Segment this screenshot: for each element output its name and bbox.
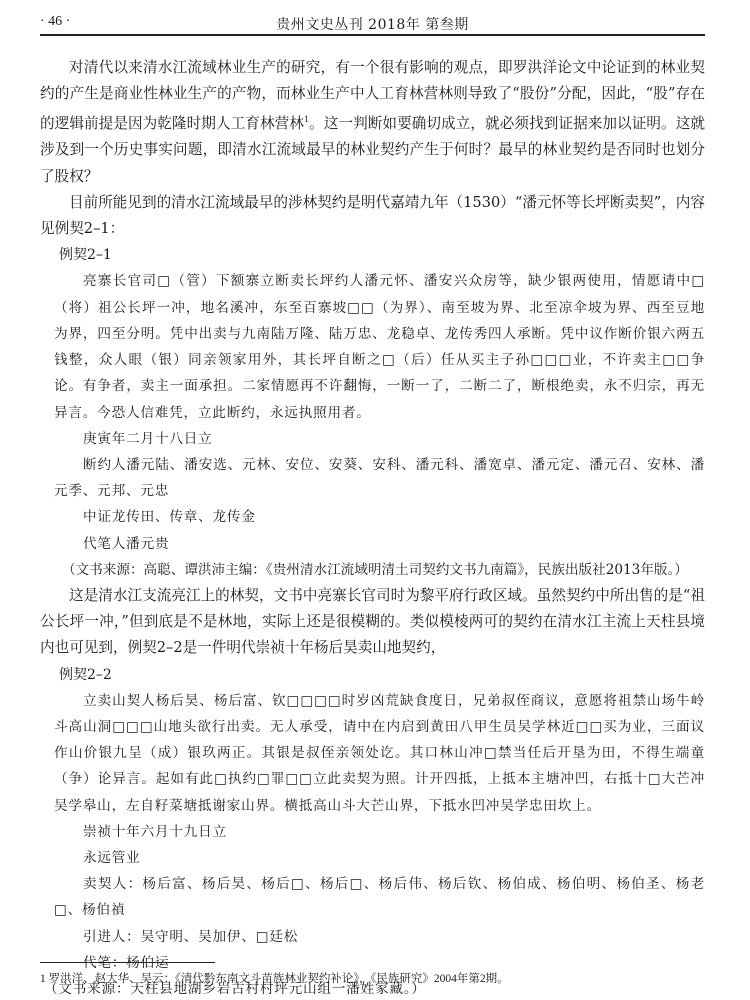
contract-sellers: 卖契人：杨后富、杨后昊、杨后□、杨后□、杨后伟、杨后钦、杨伯成、杨伯明、杨伯圣、… [40, 871, 705, 923]
contract-introducers: 引进人：吴守明、吴加伊、□廷松 [40, 924, 705, 950]
contract-note: 永远管业 [40, 845, 705, 871]
example-label: 例契2–1 [40, 242, 705, 268]
contract-source: （文书来源：高聪、谭洪沛主编：《贵州清水江流域明清土司契约文书九南篇》，民族出版… [40, 557, 705, 583]
contract-example-2: 立卖山契人杨后昊、杨后富、钦□□□□时岁凶荒缺食度日，兄弟叔侄商议，意愿将祖禁山… [40, 688, 705, 1000]
example-label: 例契2–2 [40, 662, 705, 688]
contract-example-1: 亮寨长官司□（管）下额寨立断卖长坪约人潘元怀、潘安兴众房等，缺少银两使用，情愿请… [40, 268, 705, 582]
contract-body: 立卖山契人杨后昊、杨后富、钦□□□□时岁凶荒缺食度日，兄弟叔侄商议，意愿将祖禁山… [40, 688, 705, 819]
article-body: 对清代以来清水江流域林业生产的研究，有一个很有影响的观点，即罗洪洋论文中论证到的… [40, 55, 705, 1000]
header-rule [40, 34, 705, 36]
footnote-rule [40, 962, 215, 963]
contract-witness: 中证龙传田、传章、龙传金 [40, 504, 705, 530]
contract-scribe: 代笔人潘元贵 [40, 531, 705, 557]
contract-sellers: 断约人潘元陆、潘安选、元林、安位、安葵、安科、潘元科、潘宽卓、潘元定、潘元召、安… [40, 452, 705, 504]
contract-date: 崇祯十年六月十九日立 [40, 819, 705, 845]
paragraph: 这是清水江支流亮江上的林契，文书中亮寨长官司时为黎平府行政区域。虽然契约中所出售… [40, 583, 705, 662]
contract-body: 亮寨长官司□（管）下额寨立断卖长坪约人潘元怀、潘安兴众房等，缺少银两使用，情愿请… [40, 268, 705, 425]
paragraph: 目前所能见到的清水江流域最早的涉林契约是明代嘉靖九年（1530）“潘元怀等长坪断… [40, 190, 705, 242]
paragraph: 对清代以来清水江流域林业生产的研究，有一个很有影响的观点，即罗洪洋论文中论证到的… [40, 55, 705, 190]
journal-title: 贵州文史丛刊 2018年 第叁期 [40, 14, 705, 34]
contract-date: 庚寅年二月十八日立 [40, 426, 705, 452]
running-header: · 46 · 贵州文史丛刊 2018年 第叁期 [40, 10, 705, 36]
footnote: 1 罗洪洋、赵大华、吴云：《清代黔东南文斗苗族林业契约补论》，《民族研究》200… [40, 970, 509, 986]
